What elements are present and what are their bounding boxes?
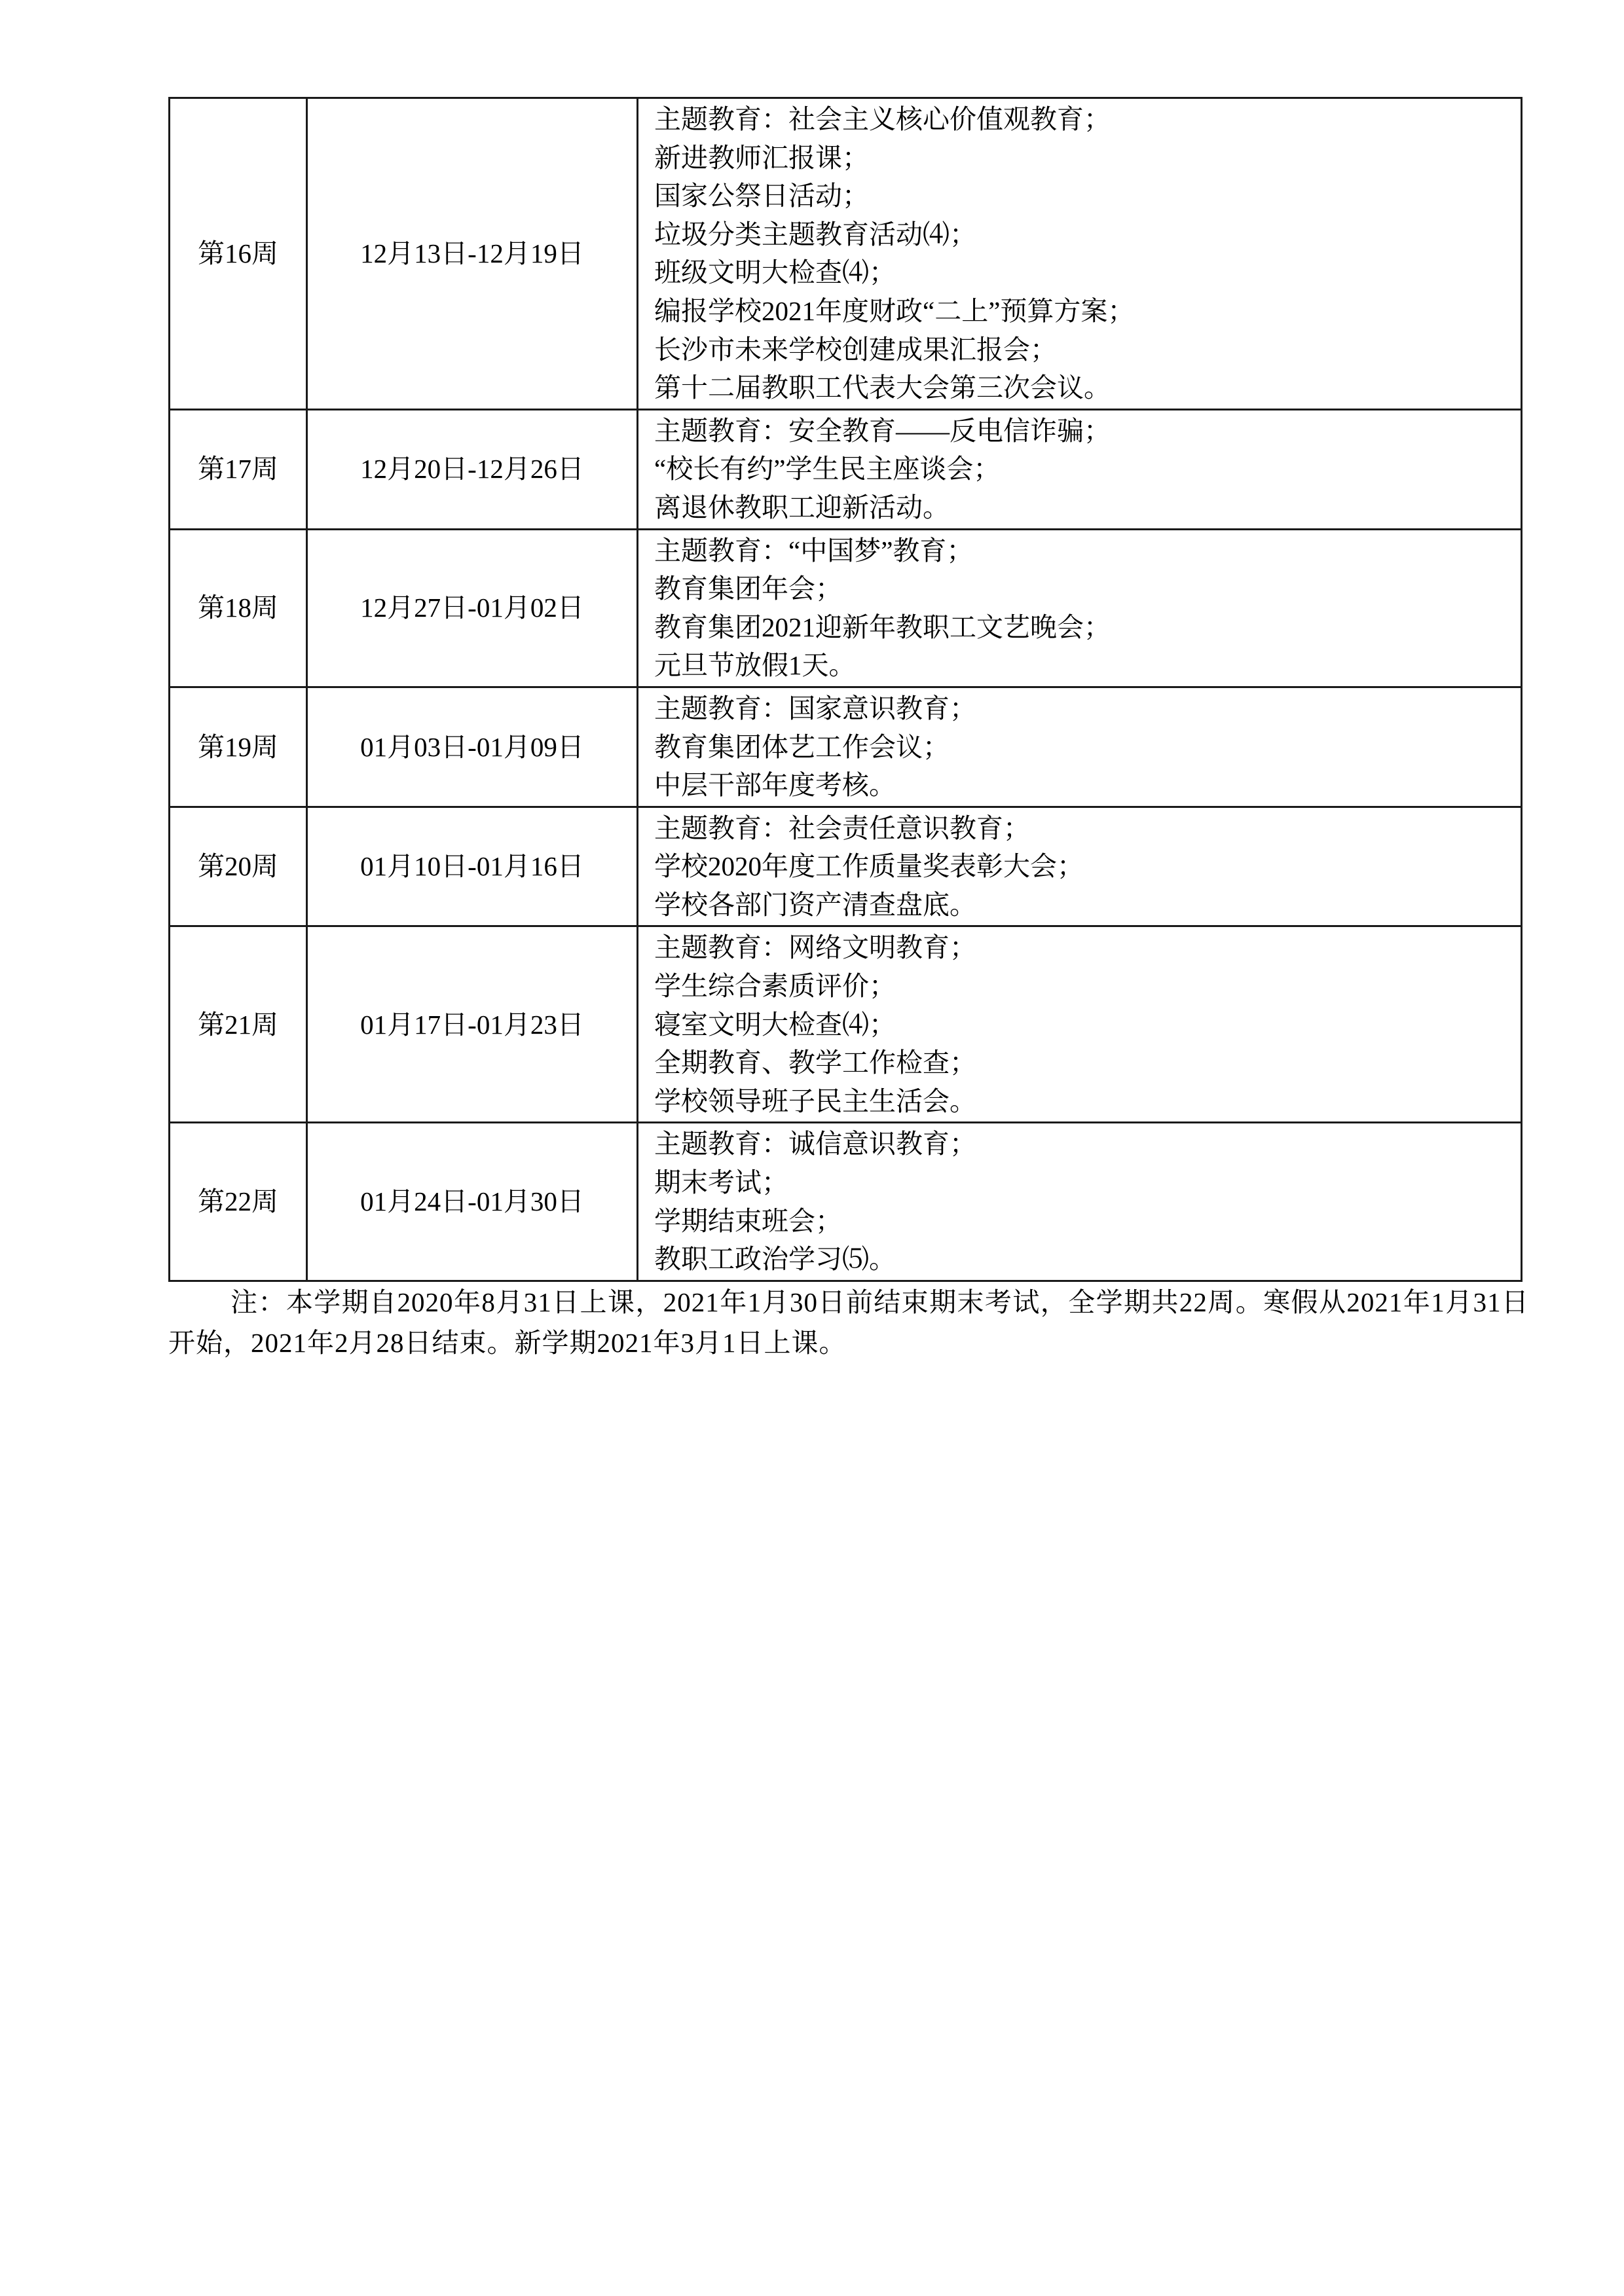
event-item: 主题教育：“中国梦”教育；: [654, 532, 1521, 570]
event-item: 第十二届教职工代表大会第三次会议。: [654, 369, 1521, 407]
date-range-cell: 01月24日-01月30日: [307, 1123, 638, 1281]
event-item: 学校领导班子民主生活会。: [654, 1082, 1521, 1121]
event-item: 全期教育、教学工作检查；: [654, 1044, 1521, 1082]
event-item: 学校2020年度工作质量奖表彰大会；: [654, 847, 1521, 886]
table-row: 第20周 01月10日-01月16日 主题教育：社会责任意识教育； 学校2020…: [170, 807, 1522, 926]
event-item: 学生综合素质评价；: [654, 967, 1521, 1006]
event-item: 期末考试；: [654, 1163, 1521, 1202]
events-cell: 主题教育：社会主义核心价值观教育； 新进教师汇报课； 国家公祭日活动； 垃圾分类…: [638, 98, 1522, 410]
events-cell: 主题教育：诚信意识教育； 期末考试； 学期结束班会； 教职工政治学习⑸。: [638, 1123, 1522, 1281]
event-item: 长沙市未来学校创建成果汇报会；: [654, 331, 1521, 369]
events-cell: 主题教育：安全教育——反电信诈骗； “校长有约”学生民主座谈会； 离退休教职工迎…: [638, 409, 1522, 529]
document-page: 第16周 12月13日-12月19日 主题教育：社会主义核心价值观教育； 新进教…: [168, 97, 1522, 1363]
date-range-cell: 12月27日-01月02日: [307, 529, 638, 687]
events-cell: 主题教育：网络文明教育； 学生综合素质评价； 寝室文明大检查⑷； 全期教育、教学…: [638, 926, 1522, 1123]
week-cell: 第18周: [170, 529, 307, 687]
event-item: 主题教育：国家意识教育；: [654, 689, 1521, 728]
week-cell: 第19周: [170, 687, 307, 807]
event-item: 主题教育：安全教育——反电信诈骗；: [654, 412, 1521, 450]
event-item: 教育集团体艺工作会议；: [654, 728, 1521, 767]
week-cell: 第17周: [170, 409, 307, 529]
week-cell: 第20周: [170, 807, 307, 926]
event-item: 主题教育：社会责任意识教育；: [654, 809, 1521, 848]
event-item: 主题教育：网络文明教育；: [654, 928, 1521, 967]
event-item: 学校各部门资产清查盘底。: [654, 886, 1521, 924]
event-item: 垃圾分类主题教育活动⑷；: [654, 215, 1521, 254]
semester-schedule-table: 第16周 12月13日-12月19日 主题教育：社会主义核心价值观教育； 新进教…: [168, 97, 1522, 1282]
event-item: 中层干部年度考核。: [654, 766, 1521, 805]
table-row: 第19周 01月03日-01月09日 主题教育：国家意识教育； 教育集团体艺工作…: [170, 687, 1522, 807]
event-item: “校长有约”学生民主座谈会；: [654, 450, 1521, 488]
date-range-cell: 12月13日-12月19日: [307, 98, 638, 410]
table-row: 第16周 12月13日-12月19日 主题教育：社会主义核心价值观教育； 新进教…: [170, 98, 1522, 410]
week-cell: 第22周: [170, 1123, 307, 1281]
footnote: 注：本学期自2020年8月31日上课，2021年1月30日前结束期末考试，全学期…: [168, 1282, 1529, 1363]
event-item: 主题教育：诚信意识教育；: [654, 1125, 1521, 1163]
week-cell: 第21周: [170, 926, 307, 1123]
event-item: 教职工政治学习⑸。: [654, 1240, 1521, 1279]
table-row: 第22周 01月24日-01月30日 主题教育：诚信意识教育； 期末考试； 学期…: [170, 1123, 1522, 1281]
event-item: 学期结束班会；: [654, 1202, 1521, 1241]
events-cell: 主题教育：“中国梦”教育； 教育集团年会； 教育集团2021迎新年教职工文艺晚会…: [638, 529, 1522, 687]
date-range-cell: 01月17日-01月23日: [307, 926, 638, 1123]
table-row: 第21周 01月17日-01月23日 主题教育：网络文明教育； 学生综合素质评价…: [170, 926, 1522, 1123]
events-cell: 主题教育：社会责任意识教育； 学校2020年度工作质量奖表彰大会； 学校各部门资…: [638, 807, 1522, 926]
event-item: 元旦节放假1天。: [654, 646, 1521, 685]
date-range-cell: 01月10日-01月16日: [307, 807, 638, 926]
event-item: 新进教师汇报课；: [654, 139, 1521, 177]
date-range-cell: 01月03日-01月09日: [307, 687, 638, 807]
event-item: 主题教育：社会主义核心价值观教育；: [654, 100, 1521, 139]
event-item: 班级文明大检查⑷；: [654, 253, 1521, 292]
table-row: 第18周 12月27日-01月02日 主题教育：“中国梦”教育； 教育集团年会；…: [170, 529, 1522, 687]
event-item: 教育集团2021迎新年教职工文艺晚会；: [654, 608, 1521, 647]
date-range-cell: 12月20日-12月26日: [307, 409, 638, 529]
week-cell: 第16周: [170, 98, 307, 410]
events-cell: 主题教育：国家意识教育； 教育集团体艺工作会议； 中层干部年度考核。: [638, 687, 1522, 807]
event-item: 国家公祭日活动；: [654, 177, 1521, 215]
event-item: 寝室文明大检查⑷；: [654, 1006, 1521, 1044]
table-row: 第17周 12月20日-12月26日 主题教育：安全教育——反电信诈骗； “校长…: [170, 409, 1522, 529]
event-item: 编报学校2021年度财政“二上”预算方案；: [654, 292, 1521, 331]
event-item: 离退休教职工迎新活动。: [654, 488, 1521, 527]
event-item: 教育集团年会；: [654, 570, 1521, 608]
